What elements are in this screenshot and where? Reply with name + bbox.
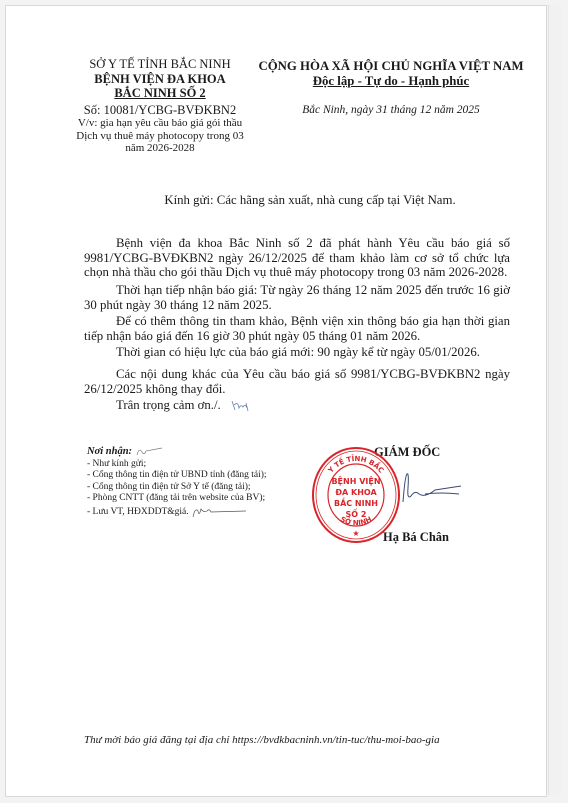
svg-text:BẮC NINH: BẮC NINH bbox=[334, 496, 378, 508]
paragraph: Các nội dung khác của Yêu cầu báo giá số… bbox=[84, 367, 510, 396]
subject-line2: Dịch vụ thuê máy photocopy trong 03 bbox=[55, 130, 265, 143]
place-date: Bắc Ninh, ngày 31 tháng 12 năm 2025 bbox=[255, 104, 527, 116]
paragraph: Thời hạn tiếp nhận báo giá: Từ ngày 26 t… bbox=[84, 283, 510, 312]
subject-line3: năm 2026-2028 bbox=[55, 142, 265, 155]
footer-note: Thư mời báo giá đăng tại địa chỉ https:/… bbox=[84, 734, 440, 746]
national-motto: Độc lập - Tự do - Hạnh phúc bbox=[255, 74, 527, 89]
salutation: Kính gửi: Các hãng sản xuất, nhà cung cấ… bbox=[90, 193, 530, 208]
document-number: Số: 10081/YCBG-BVĐKBN2 bbox=[55, 103, 265, 118]
paragraph: Thời gian có hiệu lực của báo giá mới: 9… bbox=[84, 345, 510, 360]
issuer-header: SỞ Y TẾ TỈNH BẮC NINH BỆNH VIỆN ĐA KHOA … bbox=[55, 57, 265, 155]
recipient-item: - Lưu VT, HĐXDDT&giá. bbox=[87, 505, 267, 519]
department-name: SỞ Y TẾ TỈNH BẮC NINH bbox=[55, 57, 265, 72]
recipient-item: - Cổng thông tin điện tử UBND tỉnh (đăng… bbox=[87, 470, 267, 482]
national-header: CỘNG HÒA XÃ HỘI CHỦ NGHĨA VIỆT NAM Độc l… bbox=[255, 59, 527, 89]
country-name: CỘNG HÒA XÃ HỘI CHỦ NGHĨA VIỆT NAM bbox=[255, 59, 527, 74]
paragraph: Bệnh viện đa khoa Bắc Ninh số 2 đã phát … bbox=[84, 236, 510, 280]
recipient-item: - Phòng CNTT (đăng tải trên website của … bbox=[87, 493, 267, 505]
recipients-label: Nơi nhận: bbox=[87, 446, 132, 457]
hospital-name-line2: BẮC NINH SỐ 2 bbox=[55, 86, 265, 101]
svg-text:SỐ 2: SỐ 2 bbox=[346, 507, 367, 519]
recipient-item: - Cổng thông tin điện tử Sở Y tế (đăng t… bbox=[87, 482, 267, 494]
signature-mark-icon bbox=[191, 505, 251, 519]
svg-text:ĐA KHOA: ĐA KHOA bbox=[335, 488, 377, 497]
initials-mark-icon bbox=[230, 399, 252, 413]
hospital-name-line1: BỆNH VIỆN ĐA KHOA bbox=[55, 72, 265, 87]
initials-mark-icon bbox=[134, 446, 164, 458]
paragraph-closing: Trân trọng cảm ơn./. bbox=[84, 398, 510, 413]
recipients-block: Nơi nhận: - Như kính gửi; - Cổng thông t… bbox=[87, 446, 267, 519]
svg-text:★: ★ bbox=[352, 529, 359, 538]
svg-text:BỆNH VIỆN: BỆNH VIỆN bbox=[331, 476, 380, 486]
official-stamp-icon: Y TẾ TỈNH BẮC SỞ NINH BỆNH VIỆN ĐA KHOA … bbox=[310, 445, 402, 545]
paragraph: Để có thêm thông tin tham khảo, Bệnh việ… bbox=[84, 314, 510, 343]
recipient-item: - Như kính gửi; bbox=[87, 459, 267, 471]
subject-line1: V/v: gia hạn yêu cầu báo giá gói thầu bbox=[55, 117, 265, 130]
vertical-scrollbar[interactable] bbox=[548, 5, 561, 795]
handwritten-signature-icon bbox=[395, 468, 465, 508]
